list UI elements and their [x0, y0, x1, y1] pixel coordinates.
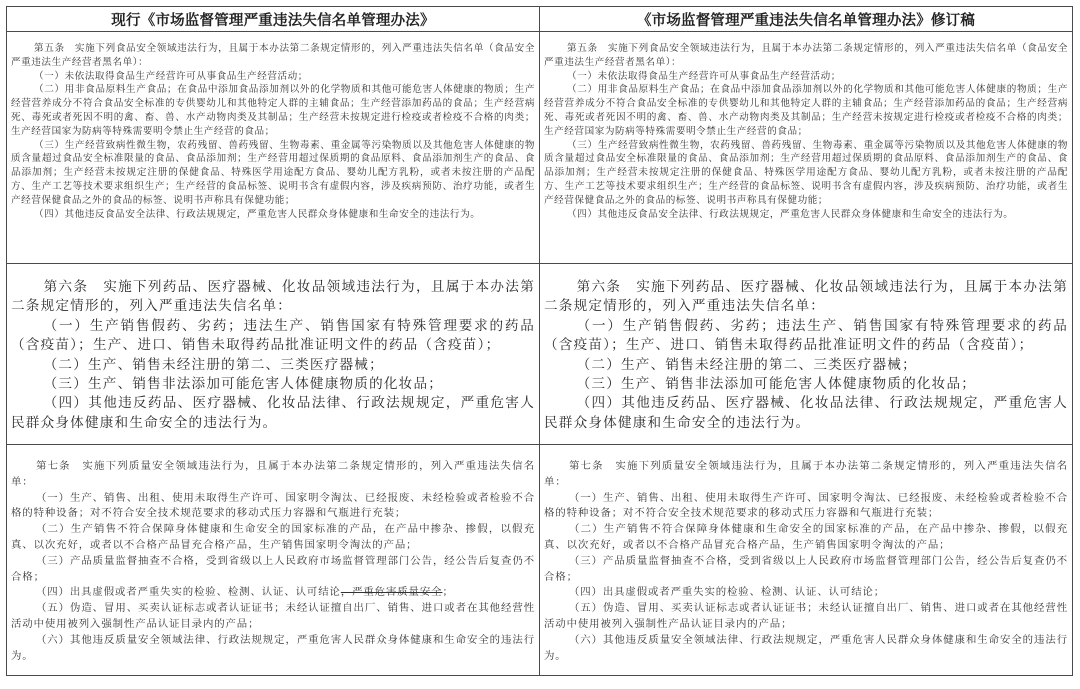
article-6-current-item-2: （二）生产、销售未经注册的第二、三类医疗器械； — [11, 356, 535, 375]
article-7-current-item-4-end: ； — [442, 586, 453, 598]
article-5-revised: 第五条 实施下列食品安全领域违法行为，且属于本办法第二条规定情形的，列入严重违法… — [540, 32, 1072, 264]
article-5-revised-item-3: （三）生产经营致病性微生物，农药残留、兽药残留、生物毒素、重金属等污染物质以及其… — [544, 139, 1068, 208]
article-6-current-item-3: （三）生产、销售非法添加可能危害人体健康物质的化妆品； — [11, 375, 535, 394]
article-5-current: 第五条 实施下列食品安全领域违法行为，且属于本办法第二条规定情形的，列入严重违法… — [7, 32, 540, 264]
article-6-revised-intro: 第六条 实施下列药品、医疗器械、化妆品领域违法行为，且属于本办法第二条规定情形的… — [544, 278, 1068, 317]
article-7-revised-item-5: （五）伪造、冒用、买卖认证标志或者认证证书；未经认证擅自出厂、销售、进口或者在其… — [544, 601, 1068, 633]
article-5-current-intro: 第五条 实施下列食品安全领域违法行为，且属于本办法第二条规定情形的，列入严重违法… — [11, 42, 535, 70]
article-6-current-item-1: （一）生产销售假药、劣药；违法生产、销售国家有特殊管理要求的药品（含疫苗）；生产… — [11, 317, 535, 356]
article-6-revised-item-1: （一）生产销售假药、劣药；违法生产、销售国家有特殊管理要求的药品（含疫苗）；生产… — [544, 317, 1068, 356]
article-6-revised-item-4: （四）其他违反药品、医疗器械、化妆品法律、行政法规规定，严重危害人民群众身体健康… — [544, 394, 1068, 433]
article-5-current-item-2: （二）用非食品原料生产食品；在食品中添加食品添加剂以外的化学物质和其他可能危害人… — [11, 83, 535, 138]
article-6-current-item-4: （四）其他违反药品、医疗器械、化妆品法律、行政法规规定，严重危害人民群众身体健康… — [11, 394, 535, 433]
article-7-revised-item-6: （六）其他违反质量安全领域法律、行政法规规定，严重危害人民群众身体健康和生命安全… — [544, 633, 1068, 665]
article-7-current-item-6: （六）其他违反质量安全领域法律、行政法规规定，严重危害人民群众身体健康和生命安全… — [11, 633, 535, 665]
article-7-revised-intro: 第七条 实施下列质量安全领域违法行为，且属于本办法第二条规定情形的，列入严重违法… — [544, 459, 1068, 491]
header-current-version: 现行《市场监督管理严重违法失信名单管理办法》 — [7, 7, 540, 32]
article-6-revised-item-2: （二）生产、销售未经注册的第二、三类医疗器械； — [544, 356, 1068, 375]
article-5-current-item-3: （三）生产经营致病性微生物，农药残留、兽药残留、生物毒素、重金属等污染物质以及其… — [11, 139, 535, 208]
article-7-current-item-4: （四）出具虚假或者严重失实的检验、检测、认证、认可结论，严重危害质量安全； — [11, 585, 535, 601]
article-5-revised-item-4: （四）其他违反食品安全法律、行政法规规定，严重危害人民群众身体健康和生命安全的违… — [544, 208, 1068, 222]
header-revised-version: 《市场监督管理严重违法失信名单管理办法》修订稿 — [540, 7, 1072, 32]
article-6-current: 第六条 实施下列药品、医疗器械、化妆品领域违法行为，且属于本办法第二条规定情形的… — [7, 264, 540, 445]
article-5-revised-item-2: （二）用非食品原料生产食品；在食品中添加食品添加剂以外的化学物质和其他可能危害人… — [544, 83, 1068, 138]
article-7-current-item-3: （三）产品质量监督抽查不合格，受到省级以上人民政府市场监督管理部门公告，经公告后… — [11, 554, 535, 586]
article-7-current-item-5: （五）伪造、冒用、买卖认证标志或者认证证书；未经认证擅自出厂、销售、进口或者在其… — [11, 601, 535, 633]
article-7-revised-item-4: （四）出具虚假或者严重失实的检验、检测、认证、认可结论； — [544, 585, 1068, 601]
article-6-current-intro: 第六条 实施下列药品、医疗器械、化妆品领域违法行为，且属于本办法第二条规定情形的… — [11, 278, 535, 317]
article-7-revised-item-2: （二）生产销售不符合保障身体健康和生命安全的国家标准的产品，在产品中掺杂、掺假，… — [544, 522, 1068, 554]
article-7-current: 第七条 实施下列质量安全领域违法行为，且属于本办法第二条规定情形的，列入严重违法… — [7, 445, 540, 675]
deleted-text-strikethrough: ，严重危害质量安全 — [341, 586, 443, 598]
article-7-revised-item-3: （三）产品质量监督抽查不合格，受到省级以上人民政府市场监督管理部门公告，经公告后… — [544, 554, 1068, 586]
article-7-current-item-2: （二）生产销售不符合保障身体健康和生命安全的国家标准的产品，在产品中掺杂、掺假，… — [11, 522, 535, 554]
article-7-current-item-1: （一）生产、销售、出租、使用未取得生产许可、国家明令淘汰、已经报废、未经检验或者… — [11, 491, 535, 523]
header-current-title: 现行《市场监督管理严重违法失信名单管理办法》 — [111, 9, 434, 30]
article-6-revised: 第六条 实施下列药品、医疗器械、化妆品领域违法行为，且属于本办法第二条规定情形的… — [540, 264, 1072, 445]
article-7-revised-item-1: （一）生产、销售、出租、使用未取得生产许可、国家明令淘汰、已经报废、未经检验或者… — [544, 491, 1068, 523]
article-5-revised-item-1: （一）未依法取得食品生产经营许可从事食品生产经营活动； — [544, 70, 1068, 84]
article-7-current-intro: 第七条 实施下列质量安全领域违法行为，且属于本办法第二条规定情形的，列入严重违法… — [11, 459, 535, 491]
article-5-current-item-1: （一）未依法取得食品生产经营许可从事食品生产经营活动； — [11, 70, 535, 84]
article-5-current-item-4: （四）其他违反食品安全法律、行政法规规定，严重危害人民群众身体健康和生命安全的违… — [11, 208, 535, 222]
article-6-revised-item-3: （三）生产、销售非法添加可能危害人体健康物质的化妆品； — [544, 375, 1068, 394]
header-revised-title: 《市场监督管理严重违法失信名单管理办法》修订稿 — [637, 9, 975, 30]
article-7-revised: 第七条 实施下列质量安全领域违法行为，且属于本办法第二条规定情形的，列入严重违法… — [540, 445, 1072, 675]
article-5-revised-intro: 第五条 实施下列食品安全领域违法行为，且属于本办法第二条规定情形的，列入严重违法… — [544, 42, 1068, 70]
comparison-table: 现行《市场监督管理严重违法失信名单管理办法》 《市场监督管理严重违法失信名单管理… — [6, 6, 1073, 676]
article-7-current-item-4-text: （四）出具虚假或者严重失实的检验、检测、认证、认可结论 — [36, 586, 341, 598]
